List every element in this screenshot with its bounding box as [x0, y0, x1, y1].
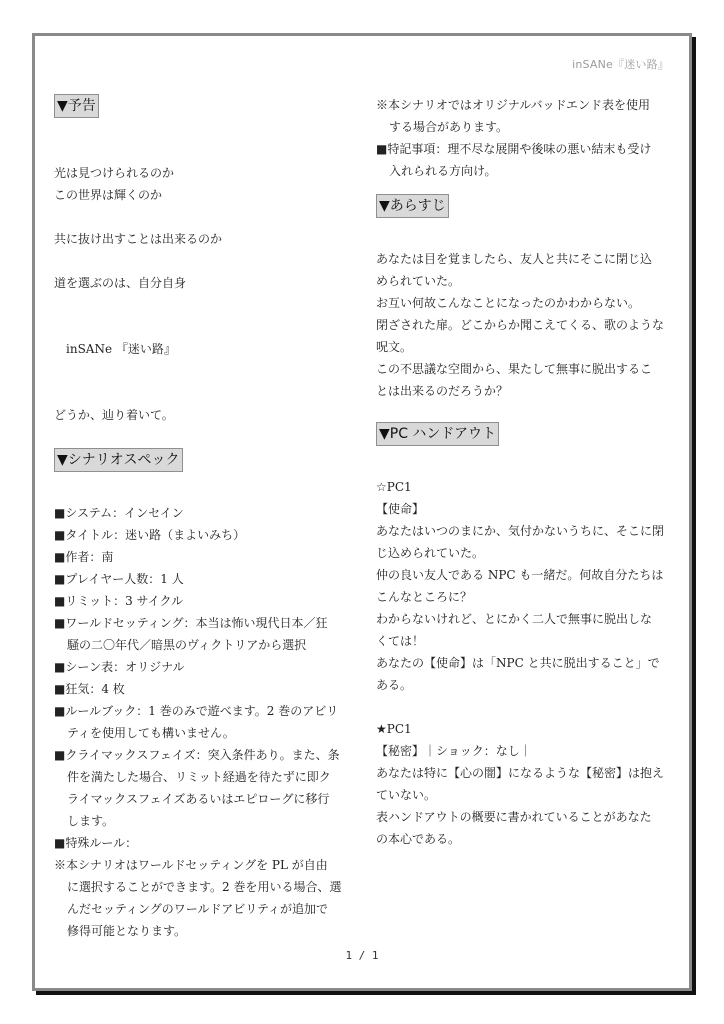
section-heading-synopsis: ▼あらすじ [376, 194, 449, 218]
section-heading-preview: ▼予告 [54, 94, 99, 118]
document-page: inSANe『迷い路』 ▼予告 光は見つけられるのか この世界は輝くのか 共に抜… [32, 33, 692, 991]
spec-line: 騒の二〇年代／暗黒のヴィクトリアから選択 [54, 634, 354, 656]
mission-line: くては！ [376, 630, 676, 652]
mission-line: 仲の良い友人である NPC も一緒だ。何故自分たちは [376, 564, 676, 586]
section-heading-handout: ▼PC ハンドアウト [376, 422, 499, 446]
section-heading-spec: ▼シナリオスペック [54, 448, 183, 472]
spec-line: ■特殊ルール： [54, 832, 354, 854]
mission-line: わからないけれど、とにかく二人で無事に脱出しな [376, 608, 676, 630]
spec-line: ■ルールブック：1 巻のみで遊べます。2 巻のアビリ [54, 700, 354, 722]
mission-line: ある。 [376, 674, 676, 696]
spec-line: ■プレイヤー人数：1 人 [54, 568, 354, 590]
handout-secret-title: 【秘密】｜ショック：なし｜ [376, 740, 676, 762]
right-column: ※本シナリオではオリジナルバッドエンド表を使用 する場合があります。 ■特記事項… [376, 94, 676, 850]
note-line: する場合があります。 [376, 116, 676, 138]
handout-mission-label: ☆PC1 [376, 476, 676, 498]
spec-line: ■システム：インセイン [54, 502, 354, 524]
spec-line: んだセッティングのワールドアビリティが追加で [54, 898, 354, 920]
mission-line: あなたの【使命】は「NPC と共に脱出すること」で [376, 652, 676, 674]
preview-line: 光は見つけられるのか [54, 162, 354, 184]
synopsis-line: とは出来るのだろうか？ [376, 380, 676, 402]
preview-line: どうか、辿り着いて。 [54, 404, 354, 426]
note-line: ※本シナリオではオリジナルバッドエンド表を使用 [376, 94, 676, 116]
spec-line: 修得可能となります。 [54, 920, 354, 942]
synopsis-line: 呪文。 [376, 336, 676, 358]
page-indicator: 1 / 1 [35, 949, 689, 962]
spec-line: ライマックスフェイズあるいはエピローグに移行 [54, 788, 354, 810]
preview-line: 道を選ぶのは、自分自身 [54, 272, 354, 294]
note-line: ■特記事項：理不尽な展開や後味の悪い結末も受け [376, 138, 676, 160]
spec-line: に選択することができます。2 巻を用いる場合、選 [54, 876, 354, 898]
mission-line: こんなところに？ [376, 586, 676, 608]
spec-line: ティを使用しても構いません。 [54, 722, 354, 744]
preview-line: 共に抜け出すことは出来るのか [54, 228, 354, 250]
handout-mission-title: 【使命】 [376, 498, 676, 520]
running-header: inSANe『迷い路』 [572, 56, 669, 72]
secret-line: 表ハンドアウトの概要に書かれていることがあなた [376, 806, 676, 828]
spec-line: ■作者：南 [54, 546, 354, 568]
spec-line: ■リミット：3 サイクル [54, 590, 354, 612]
preview-title-line: inSANe 『迷い路』 [54, 338, 354, 360]
synopsis-line: この不思議な空間から、果たして無事に脱出するこ [376, 358, 676, 380]
note-line: 入れられる方向け。 [376, 160, 676, 182]
spec-line: ■クライマックスフェイズ：突入条件あり。また、条 [54, 744, 354, 766]
spec-line: ■シーン表：オリジナル [54, 656, 354, 678]
synopsis-line: 閉ざされた扉。どこからか聞こえてくる、歌のような [376, 314, 676, 336]
spec-line: ■ワールドセッティング：本当は怖い現代日本／狂 [54, 612, 354, 634]
synopsis-line: お互い何故こんなことになったのかわからない。 [376, 292, 676, 314]
mission-line: じ込められていた。 [376, 542, 676, 564]
spec-line: ■狂気：4 枚 [54, 678, 354, 700]
secret-line: あなたは特に【心の闇】になるような【秘密】は抱え [376, 762, 676, 784]
secret-line: ていない。 [376, 784, 676, 806]
handout-secret-label: ★PC1 [376, 718, 676, 740]
spec-line: します。 [54, 810, 354, 832]
spec-line: 件を満たした場合、リミット経過を待たずに即ク [54, 766, 354, 788]
secret-line: の本心である。 [376, 828, 676, 850]
synopsis-line: められていた。 [376, 270, 676, 292]
spec-line: ■タイトル：迷い路（まよいみち） [54, 524, 354, 546]
synopsis-line: あなたは目を覚ましたら、友人と共にそこに閉じ込 [376, 248, 676, 270]
preview-line: この世界は輝くのか [54, 184, 354, 206]
spec-line: ※本シナリオはワールドセッティングを PL が自由 [54, 854, 354, 876]
left-column: ▼予告 光は見つけられるのか この世界は輝くのか 共に抜け出すことは出来るのか … [54, 94, 354, 942]
mission-line: あなたはいつのまにか、気付かないうちに、そこに閉 [376, 520, 676, 542]
